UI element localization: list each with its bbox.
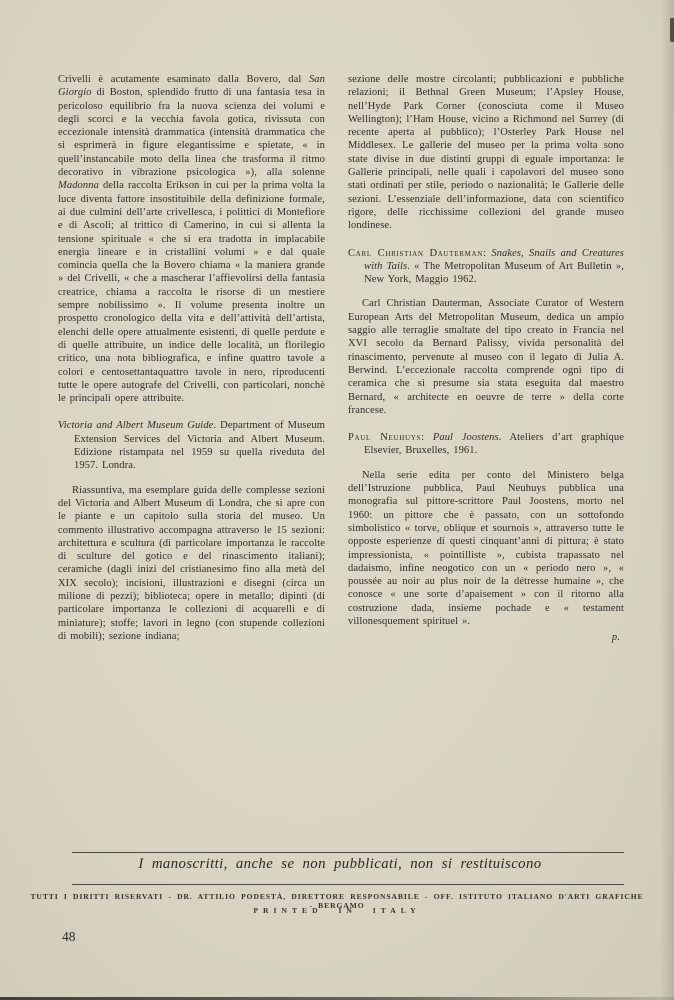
text-segment-roman: sezione delle mostre circolanti; pubblic… (348, 74, 624, 231)
entry-heading: Carl Christian Dauterman: Snakes, Snails… (348, 247, 624, 287)
scan-corner-artifact (670, 18, 674, 42)
scanned-magazine-page: { "page": { "number": "48", "paper_color… (0, 0, 674, 1000)
paragraph: Riassuntiva, ma esemplare guida delle co… (58, 484, 325, 644)
text-segment-roman: Carl Christian Dauterman, Associate Cura… (348, 298, 624, 415)
text-segment-smallcaps: Carl Christian Dauterman (348, 248, 483, 259)
manuscript-notice: I manoscritti, anche se non pubblicati, … (58, 856, 622, 873)
paragraph: Carl Christian Dauterman, Associate Cura… (348, 297, 624, 417)
signature: p. (348, 631, 624, 644)
text-segment-italic: Madonna (58, 180, 99, 191)
entry-heading: Victoria and Albert Museum Guide. Depart… (58, 419, 325, 472)
text-segment-smallcaps: Paul Neuhuys (348, 432, 421, 443)
right-text-column: sezione delle mostre circolanti; pubblic… (348, 73, 624, 645)
text-segment-roman: Nella serie edita per conto del Minister… (348, 470, 624, 627)
left-text-column: Crivelli è acutamente esaminato dalla Bo… (58, 73, 325, 643)
paragraph: sezione delle mostre circolanti; pubblic… (348, 73, 624, 233)
paragraph: Crivelli è acutamente esaminato dalla Bo… (58, 73, 325, 405)
text-segment-roman: : (421, 432, 433, 443)
text-segment-italic: Paul Joostens (433, 432, 499, 443)
text-segment-roman: Riassuntiva, ma esemplare guida delle co… (58, 485, 325, 642)
printed-in-italy-line: PRINTED IN ITALY (30, 906, 644, 915)
text-segment-roman: Crivelli è acutamente esaminato dalla Bo… (58, 74, 309, 85)
text-segment-roman: della raccolta Erikson in cui per la pri… (58, 180, 325, 404)
text-segment-roman: di Boston, splendido frutto di una fanta… (58, 87, 325, 178)
footer-rule-top (72, 852, 624, 853)
page-number: 48 (62, 929, 76, 945)
entry-heading: Paul Neuhuys: Paul Joostens. Ateliers d’… (348, 431, 624, 458)
scan-edge-shading (660, 0, 674, 1000)
footer-rule-bottom (72, 884, 624, 885)
text-segment-italic: p. (612, 632, 620, 643)
paragraph: Nella serie edita per conto del Minister… (348, 469, 624, 629)
text-segment-italic: Victoria and Albert Museum Guide (58, 420, 213, 431)
